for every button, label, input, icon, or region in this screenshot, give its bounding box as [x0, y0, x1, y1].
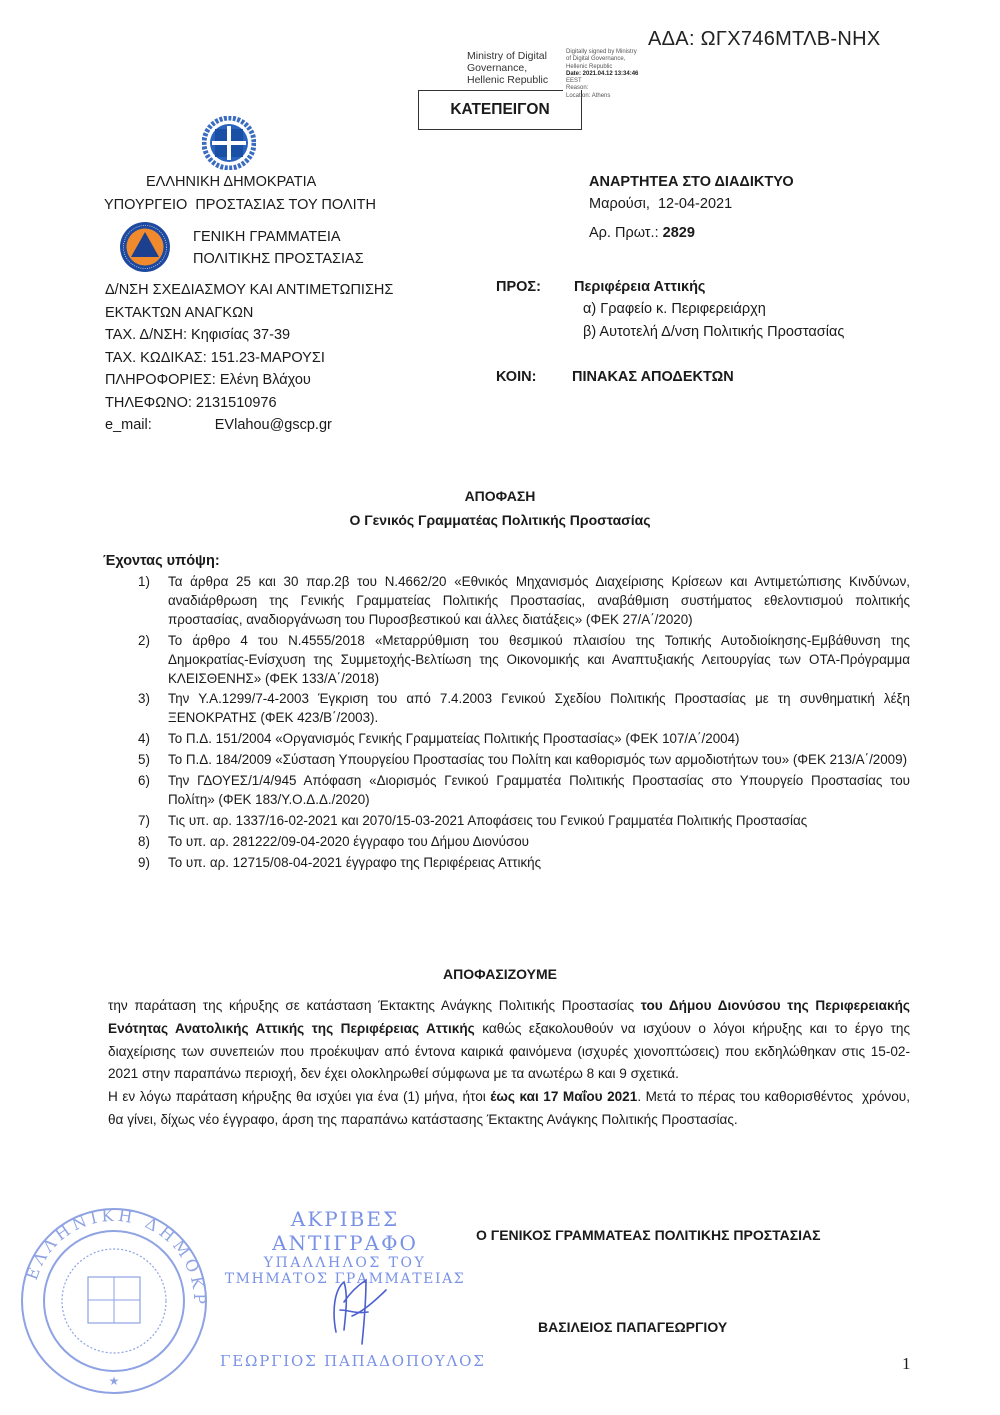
decision-title: ΑΠΟΦΑΣΗ — [0, 484, 1000, 508]
secretariat-line2: ΠΟΛΙΤΙΚΗΣ ΠΡΟΣΤΑΣΙΑΣ — [193, 248, 364, 271]
directorate-line2: ΕΚΤΑΚΤΩΝ ΑΝΑΓΚΩΝ — [105, 302, 393, 325]
publish-note: ΑΝΑΡΤΗΤΕΑ ΣΤΟ ΔΙΑΔΙΚΤΥΟ — [589, 171, 794, 193]
item-number: 7) — [138, 812, 150, 831]
clerk-name: ΓΕΩΡΓΙΟΣ ΠΑΠΑΔΟΠΟΥΛΟΣ — [220, 1352, 486, 1370]
phone-number: ΤΗΛΕΦΩΝΟ: 2131510976 — [105, 392, 393, 415]
handwritten-signature-icon — [322, 1272, 392, 1352]
protocol-number-row: Αρ. Πρωτ.: 2829 — [589, 222, 794, 244]
considering-label: Έχοντας υπόψη: — [103, 553, 220, 569]
decision-paragraph: την παράταση της κήρυξης σε κατάσταση Έκ… — [108, 995, 910, 1086]
postal-code: ΤΑΧ. ΚΩΔΙΚΑΣ: 151.23-ΜΑΡΟΥΣΙ — [105, 347, 393, 370]
item-text: Τα άρθρα 25 και 30 παρ.2β του Ν.4662/20 … — [168, 574, 910, 627]
decision-heading: ΑΠΟΦΑΣΗ Ο Γενικός Γραμματέας Πολιτικής Π… — [0, 484, 1000, 532]
sig-org-line: Governance, — [467, 62, 548, 74]
decision-body: την παράταση της κήρυξης σε κατάσταση Έκ… — [108, 995, 910, 1132]
greek-coat-of-arms-icon — [202, 116, 256, 170]
list-item: 9)Το υπ. αρ. 12715/08-04-2021 έγγραφο τη… — [138, 854, 910, 873]
to-recipient: Περιφέρεια Αττικής — [574, 279, 705, 295]
considering-list: 1)Τα άρθρα 25 και 30 παρ.2β του Ν.4662/2… — [138, 573, 910, 875]
cc-label: ΚΟΙΝ: — [496, 369, 536, 385]
civil-protection-logo-icon — [119, 221, 171, 273]
document-meta: ΑΝΑΡΤΗΤΕΑ ΣΤΟ ΔΙΑΔΙΚΤΥΟ Μαρούσι, 12-04-2… — [589, 171, 794, 244]
republic-name: ΕΛΛΗΝΙΚΗ ΔΗΜΟΚΡΑΤΙΑ — [146, 171, 316, 194]
email-label: e_mail: — [105, 417, 152, 433]
list-item: 5)Το Π.Δ. 184/2009 «Σύσταση Υπουργείου Π… — [138, 751, 910, 770]
list-item: 2)Το άρθρο 4 του Ν.4555/2018 «Μεταρρύθμι… — [138, 632, 910, 689]
place-date: Μαρούσι, 12-04-2021 — [589, 193, 794, 215]
secretary-general-name: ΒΑΣΙΛΕΙΟΣ ΠΑΠΑΓΕΩΡΓΙΟΥ — [538, 1319, 727, 1335]
sender-contact-block: Δ/ΝΣΗ ΣΧΕΔΙΑΣΜΟΥ ΚΑΙ ΑΝΤΙΜΕΤΩΠΙΣΗΣ ΕΚΤΑΚ… — [105, 279, 393, 437]
text-run: την παράταση της κήρυξης σε κατάσταση Έκ… — [108, 998, 641, 1013]
item-number: 3) — [138, 690, 150, 709]
list-item: 8)Το υπ. αρ. 281222/09-04-2020 έγγραφο τ… — [138, 833, 910, 852]
item-text: Το άρθρο 4 του Ν.4555/2018 «Μεταρρύθμιση… — [168, 633, 910, 686]
ministry-name: ΥΠΟΥΡΓΕΙΟ ΠΡΟΣΤΑΣΙΑΣ ΤΟΥ ΠΟΛΙΤΗ — [104, 194, 376, 217]
contact-person: ΠΛΗΡΟΦΟΡΙΕΣ: Ελένη Βλάχου — [105, 369, 393, 392]
page-number: 1 — [902, 1354, 911, 1374]
protocol-number: 2829 — [663, 225, 695, 241]
item-number: 6) — [138, 772, 150, 791]
item-text: Το Π.Δ. 184/2009 «Σύσταση Υπουργείου Προ… — [168, 752, 907, 767]
sig-meta-line: Hellenic Republic — [566, 64, 638, 71]
sig-meta-line: Date: 2021.04.12 13:34:46 — [566, 71, 638, 78]
decision-paragraph: Η εν λόγω παράταση κήρυξης θα ισχύει για… — [108, 1086, 910, 1132]
to-recipient-item: β) Αυτοτελή Δ/νση Πολιτικής Προστασίας — [583, 324, 844, 340]
list-item: 6)Την ΓΔΟΥΕΣ/1/4/945 Απόφαση «Διορισμός … — [138, 772, 910, 810]
item-number: 8) — [138, 833, 150, 852]
to-recipient-item: α) Γραφείο κ. Περιφερειάρχη — [583, 301, 766, 317]
list-item: 4)Το Π.Δ. 151/2004 «Οργανισμός Γενικής Γ… — [138, 730, 910, 749]
item-number: 9) — [138, 854, 150, 873]
secretariat-line1: ΓΕΝΙΚΗ ΓΡΑΜΜΑΤΕΙΑ — [193, 226, 341, 249]
item-text: Το υπ. αρ. 281222/09-04-2020 έγγραφο του… — [168, 834, 529, 849]
decide-heading: ΑΠΟΦΑΣΙΖΟΥΜΕ — [0, 966, 1000, 982]
svg-text:★: ★ — [109, 1374, 120, 1388]
protocol-label: Αρ. Πρωτ.: — [589, 225, 663, 241]
true-copy-line: ΥΠΑΛΛΗΛΟΣ ΤΟΥ — [220, 1255, 470, 1271]
decision-subtitle: Ο Γενικός Γραμματέας Πολιτικής Προστασία… — [0, 508, 1000, 532]
sig-meta-line: EEST — [566, 78, 638, 85]
email-row: e_mail:EVlahou@gscp.gr — [105, 414, 393, 437]
text-run: Η εν λόγω παράταση κήρυξης θα ισχύει για… — [108, 1089, 490, 1104]
end-date-emphasis: έως και 17 Μαΐου 2021 — [490, 1089, 637, 1104]
sig-org-line: Hellenic Republic — [467, 74, 548, 86]
item-number: 4) — [138, 730, 150, 749]
digital-signature-org: Ministry of Digital Governance, Hellenic… — [467, 50, 548, 86]
official-round-stamp-icon: ★ ΕΛΛΗΝΙΚΗ ΔΗΜΟΚΡΑΤΙΑ — [18, 1205, 210, 1397]
to-label: ΠΡΟΣ: — [496, 279, 541, 295]
item-text: Το Π.Δ. 151/2004 «Οργανισμός Γενικής Γρα… — [168, 731, 740, 746]
sig-org-line: Ministry of Digital — [467, 50, 548, 62]
postal-address: ΤΑΧ. Δ/ΝΣΗ: Κηφισίας 37-39 — [105, 324, 393, 347]
item-text: Την ΓΔΟΥΕΣ/1/4/945 Απόφαση «Διορισμός Γε… — [168, 773, 910, 807]
cc-recipient: ΠΙΝΑΚΑΣ ΑΠΟΔΕΚΤΩΝ — [572, 369, 734, 385]
item-text: Το υπ. αρ. 12715/08-04-2021 έγγραφο της … — [168, 855, 541, 870]
secretary-general-title: Ο ΓΕΝΙΚΟΣ ΓΡΑΜΜΑΤΕΑΣ ΠΟΛΙΤΙΚΗΣ ΠΡΟΣΤΑΣΙΑ… — [476, 1227, 821, 1243]
list-item: 3)Την Υ.Α.1299/7-4-2003 Έγκριση του από … — [138, 690, 910, 728]
directorate-line1: Δ/ΝΣΗ ΣΧΕΔΙΑΣΜΟΥ ΚΑΙ ΑΝΤΙΜΕΤΩΠΙΣΗΣ — [105, 279, 393, 302]
item-text: Τις υπ. αρ. 1337/16-02-2021 και 2070/15-… — [168, 813, 807, 828]
ada-code: ΑΔΑ: ΩΓΧ746ΜΤΛΒ-ΝΗΧ — [648, 28, 881, 51]
sig-meta-line: of Digital Governance, — [566, 56, 638, 63]
item-number: 5) — [138, 751, 150, 770]
item-text: Την Υ.Α.1299/7-4-2003 Έγκριση του από 7.… — [168, 691, 910, 725]
sig-meta-line: Digitally signed by Ministry — [566, 49, 638, 56]
item-number: 1) — [138, 573, 150, 592]
item-number: 2) — [138, 632, 150, 651]
list-item: 1)Τα άρθρα 25 και 30 παρ.2β του Ν.4662/2… — [138, 573, 910, 630]
list-item: 7)Τις υπ. αρ. 1337/16-02-2021 και 2070/1… — [138, 812, 910, 831]
true-copy-line: ΑΚΡΙΒΕΣ ΑΝΤΙΓΡΑΦΟ — [220, 1207, 470, 1255]
email-address[interactable]: EVlahou@gscp.gr — [215, 417, 332, 433]
urgent-label: ΚΑΤΕΠΕΙΓΟΝ — [418, 90, 582, 130]
